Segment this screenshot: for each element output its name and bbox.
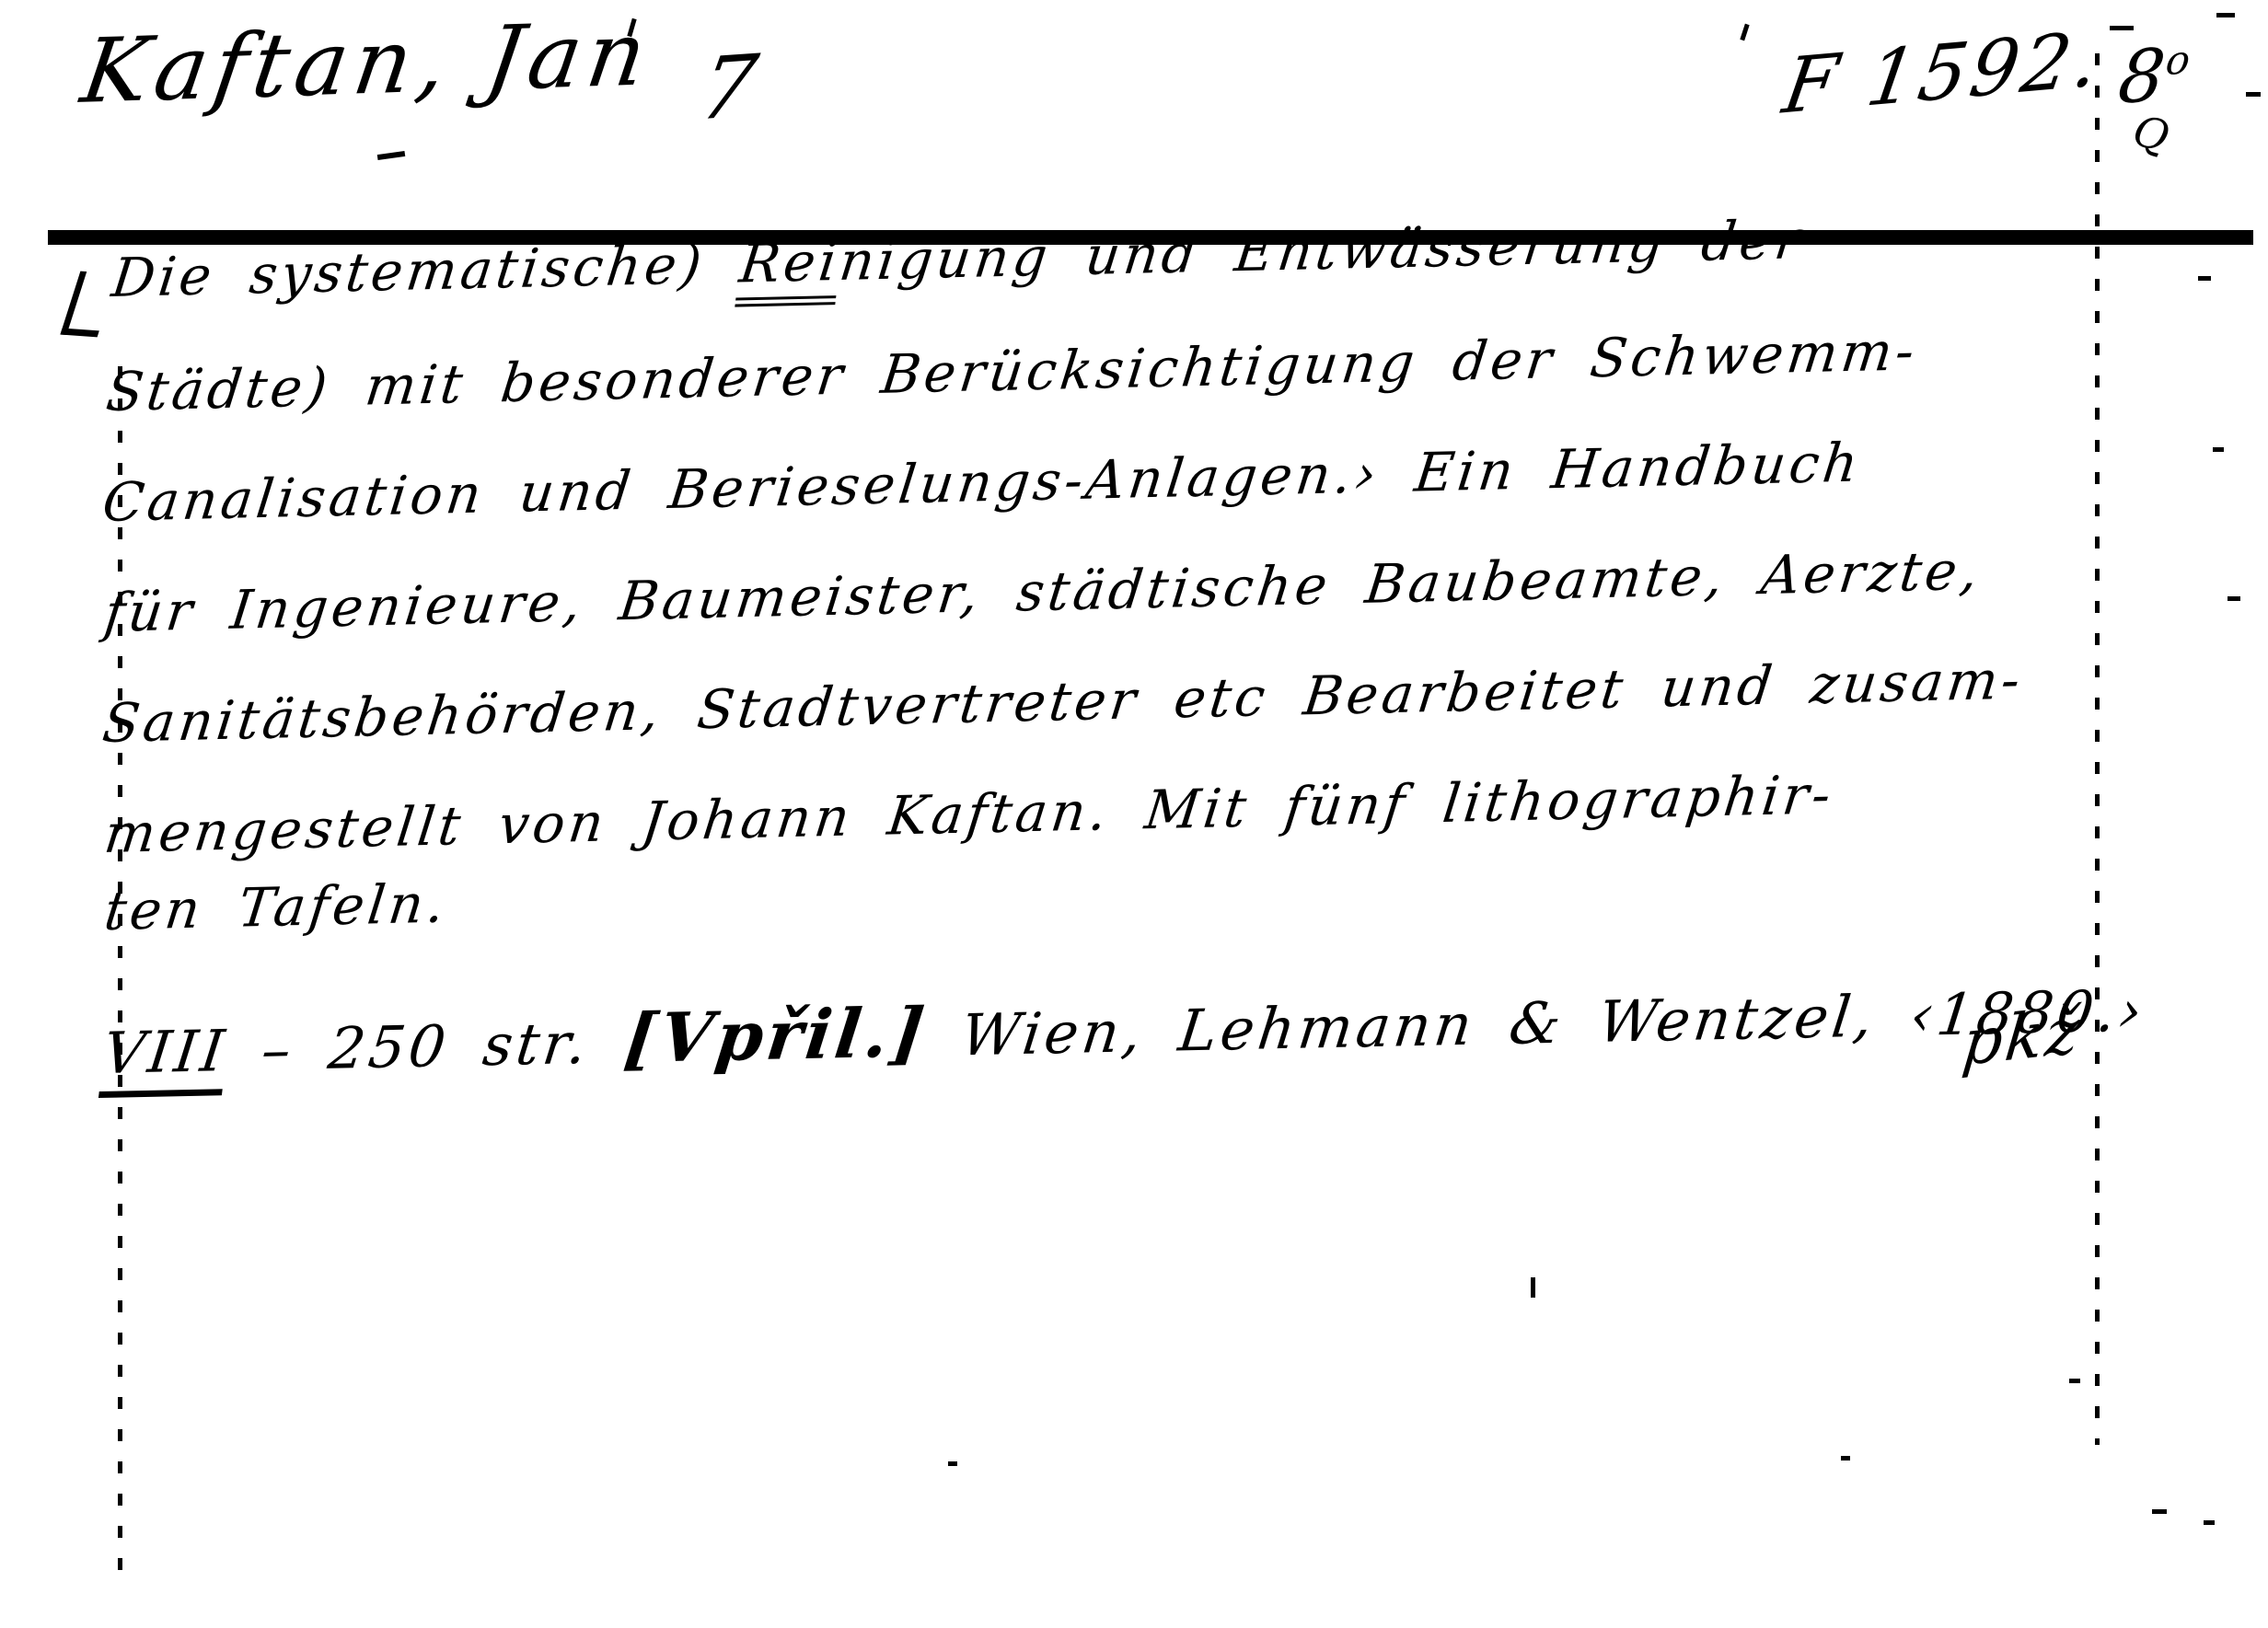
ink-speck [377,151,406,160]
ink-speck [2227,596,2240,601]
title-line-6: mengestellt von Johann Kaftan. Mit fünf … [101,763,1837,865]
title-line-4: für Ingenieure, Baumeister, städtische B… [101,539,1984,644]
title-line-2: Städte) mit besonderer Berücksichtigung … [103,319,1921,423]
ink-speck [2152,1509,2167,1514]
imprint-line: VIII – 250 str. [Vpřil.] Wien, Lehmann &… [99,967,2150,1090]
collation-extent: – 250 str. [224,1009,629,1084]
right-margin-dotted-line [2095,53,2100,1445]
ink-speck [2069,1379,2080,1383]
format-degree: o [2164,37,2193,85]
author-heading: Kaftan, Jan [75,2,659,123]
title-line-1-pre: Die systematische) [109,232,744,309]
title-line-1-post: nigung und Entwässerung der [837,208,1809,293]
title-line-7: ten Tafeln. [101,872,451,942]
ink-speck [2204,1520,2215,1525]
ink-speck [2213,447,2224,452]
left-margin-dotted-line [118,366,122,1590]
ink-speck [2246,92,2261,97]
bracketed-note: [Vpřil.] [620,993,932,1079]
ink-speck [948,1461,957,1466]
title-line-5: Sanitätsbehörden, Stadtvertreter etc Bea… [99,648,2027,755]
title-line-3: Canalisation und Berieselungs-Anlagen.› … [99,431,1865,534]
ink-speck [2198,276,2211,281]
ink-speck [1841,1456,1850,1461]
shelfmark-classmark: F 1592. [1777,15,2109,132]
catalog-card: Kaftan, Jan 7 F 1592. 8o Q Die systemati… [0,0,2268,1628]
cataloguer-mark: pkž [1959,995,2085,1081]
ink-speck [2216,13,2235,17]
shelfmark-format: 8o [2114,32,2193,121]
ink-speck [1531,1277,1535,1298]
title-line-1: Die systematische) Reinigung und Entwäss… [109,208,1808,309]
collation-roman-numeral: VIII [98,1017,231,1098]
ink-speck [1740,24,1749,41]
check-mark: 7 [692,36,764,140]
ink-speck [2110,26,2134,30]
title-filing-word: Rei [735,230,843,307]
